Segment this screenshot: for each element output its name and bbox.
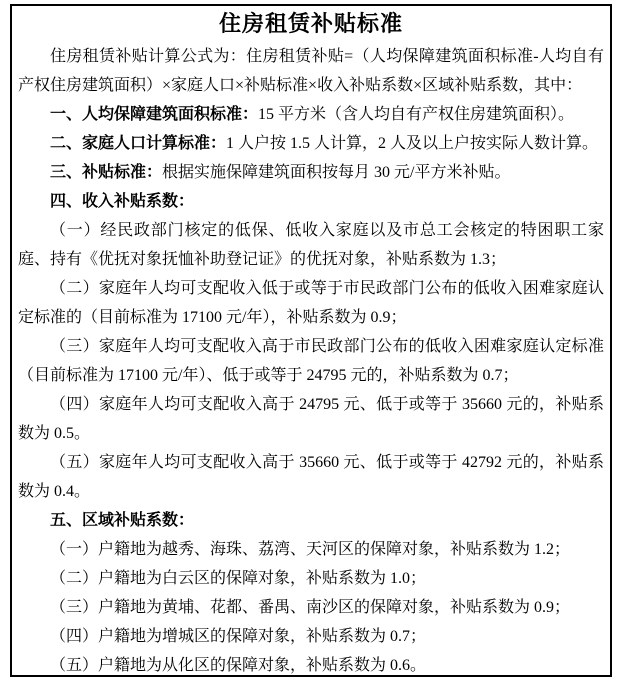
paragraph-text-segment: （三）户籍地为黄埔、花都、番禺、南沙区的保障对象，补贴系数为 0.9； [50,599,570,616]
paragraph: 三、补贴标准：根据实施保障建筑面积按每月 30 元/平方米补贴。 [18,158,604,187]
paragraph: （一）户籍地为越秀、海珠、荔湾、天河区的保障对象，补贴系数为 1.2； [18,535,604,564]
document-border-box: 住房租赁补贴标准 住房租赁补贴计算公式为：住房租赁补贴=（人均保障建筑面积标准-… [10,4,612,677]
paragraph: （二）户籍地为白云区的保障对象，补贴系数为 1.0； [18,564,604,593]
paragraph: （一）经民政部门核定的低保、低收入家庭以及市总工会核定的特困职工家庭、持有《优抚… [18,216,604,274]
paragraph: （二）家庭年人均可支配收入低于或等于市民政部门公布的低收入困难家庭认定标准的（目… [18,274,604,332]
paragraph-text-segment: （三）家庭年人均可支配收入高于市民政部门公布的低收入困难家庭认定标准（目前标准为… [18,338,604,384]
paragraph: （四）户籍地为增城区的保障对象，补贴系数为 0.7； [18,622,604,651]
paragraph: （五）家庭年人均可支配收入高于 35660 元、低于或等于 42792 元的，补… [18,448,604,506]
paragraph-text-segment: （五）户籍地为从化区的保障对象，补贴系数为 0.6。 [50,657,426,674]
paragraph-heading-segment: 四、收入补贴系数： [50,193,194,210]
paragraph-text-segment: （四）户籍地为增城区的保障对象，补贴系数为 0.7； [50,628,426,645]
paragraph-heading-segment: 二、家庭人口计算标准： [50,135,226,152]
paragraph-text-segment: 15 平方米（含人均自有产权住房建筑面积）。 [258,106,574,123]
paragraph: （三）家庭年人均可支配收入高于市民政部门公布的低收入困难家庭认定标准（目前标准为… [18,332,604,390]
paragraph-text-segment: （一）户籍地为越秀、海珠、荔湾、天河区的保障对象，补贴系数为 1.2； [50,541,570,558]
paragraph-text-segment: （二）家庭年人均可支配收入低于或等于市民政部门公布的低收入困难家庭认定标准的（目… [18,280,604,326]
paragraph-text-segment: （四）家庭年人均可支配收入高于 24795 元、低于或等于 35660 元的，补… [18,396,604,442]
paragraph: 一、人均保障建筑面积标准：15 平方米（含人均自有产权住房建筑面积）。 [18,100,604,129]
paragraph: 五、区域补贴系数： [18,506,604,535]
paragraph: 四、收入补贴系数： [18,187,604,216]
paragraph: （五）户籍地为从化区的保障对象，补贴系数为 0.6。 [18,651,604,677]
paragraph-heading-segment: 三、补贴标准： [50,164,162,181]
paragraph-text-segment: （一）经民政部门核定的低保、低收入家庭以及市总工会核定的特困职工家庭、持有《优抚… [18,222,604,268]
document-body: 住房租赁补贴计算公式为：住房租赁补贴=（人均保障建筑面积标准-人均自有产权住房建… [18,42,604,677]
paragraph-heading-segment: 五、区域补贴系数： [50,512,194,529]
paragraph-text-segment: （五）家庭年人均可支配收入高于 35660 元、低于或等于 42792 元的，补… [18,454,604,500]
paragraph: （三）户籍地为黄埔、花都、番禺、南沙区的保障对象，补贴系数为 0.9； [18,593,604,622]
paragraph-text-segment: 1 人户按 1.5 人计算，2 人及以上户按实际人数计算。 [226,135,598,152]
paragraph: 二、家庭人口计算标准：1 人户按 1.5 人计算，2 人及以上户按实际人数计算。 [18,129,604,158]
paragraph-text-segment: 住房租赁补贴计算公式为：住房租赁补贴=（人均保障建筑面积标准-人均自有产权住房建… [18,48,604,94]
document-title: 住房租赁补贴标准 [18,12,604,36]
paragraph-text-segment: 根据实施保障建筑面积按每月 30 元/平方米补贴。 [162,164,510,181]
paragraph: （四）家庭年人均可支配收入高于 24795 元、低于或等于 35660 元的，补… [18,390,604,448]
paragraph: 住房租赁补贴计算公式为：住房租赁补贴=（人均保障建筑面积标准-人均自有产权住房建… [18,42,604,100]
paragraph-heading-segment: 一、人均保障建筑面积标准： [50,106,258,123]
paragraph-text-segment: （二）户籍地为白云区的保障对象，补贴系数为 1.0； [50,570,426,587]
